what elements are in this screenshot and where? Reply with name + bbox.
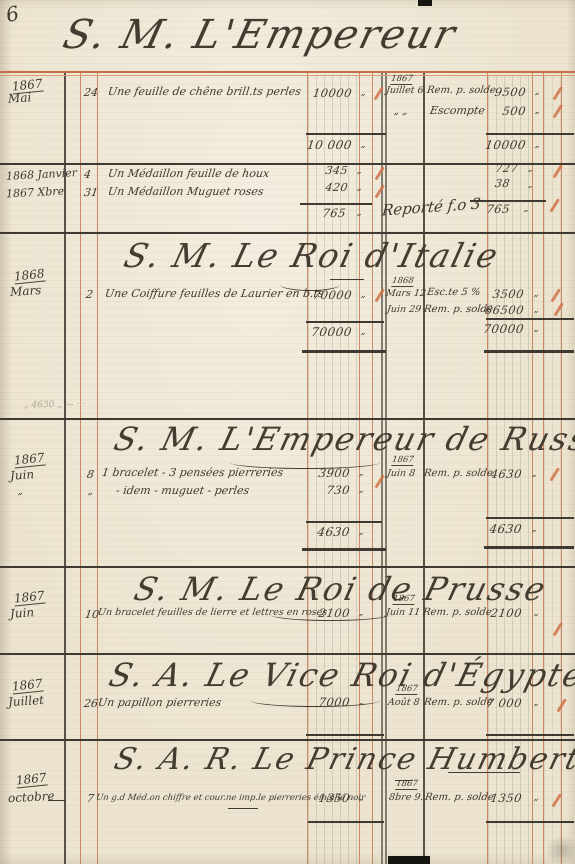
section-divider <box>0 566 575 568</box>
entry-amount: 10000 <box>299 86 353 100</box>
entry-day-ditto: „ <box>87 486 94 497</box>
entry-amount: 345 <box>299 164 349 177</box>
total-amount: 4630 <box>473 522 523 536</box>
payment-year: 1867 <box>391 455 414 466</box>
payment-year: 1867 <box>395 684 418 695</box>
payment-amount: 1350 <box>473 791 523 805</box>
section-title-russie: S. M. L'Empereur de Russie <box>110 420 499 458</box>
entry-month: Juin <box>10 605 35 621</box>
entry-day: 4 <box>83 168 92 181</box>
section-title-egypte: S. A. Le Vice Roi d'Égypte <box>105 656 514 694</box>
payment-cents: „ <box>531 469 537 479</box>
nil-dash <box>330 279 364 280</box>
subtotal-amount: 765 <box>461 202 511 216</box>
entry-amount: 730 <box>299 483 351 497</box>
entry-cents: „ <box>358 468 364 478</box>
payment-cents: „ <box>533 608 539 618</box>
payment-amount: 3500 <box>475 287 525 301</box>
entry-cents: „ <box>358 697 364 707</box>
entry-day: 24 <box>83 86 99 99</box>
section-divider <box>0 232 575 234</box>
subtotal-cents: „ <box>523 204 529 214</box>
payment-amount: 9500 <box>477 85 527 99</box>
entry-date: 1868 Janvier <box>6 166 78 183</box>
payment-date: Juin 29 <box>386 304 422 315</box>
title-trailing-stroke <box>448 772 520 773</box>
total-rule <box>306 521 382 523</box>
entry-desc: 1 bracelet - 3 pensées pierreries <box>101 466 284 479</box>
entry-month: Mai <box>8 90 32 106</box>
check-mark <box>374 166 384 180</box>
photo-edge-notch <box>418 0 432 6</box>
section-title-prusse: S. M. Le Roi de Prusse <box>130 570 499 608</box>
entry-desc: Un Médaillon Muguet roses <box>107 185 264 198</box>
total-cents: „ <box>534 140 540 150</box>
closing-rule <box>302 350 386 353</box>
subtotal-amount: 765 <box>297 206 347 220</box>
entry-amount: 420 <box>299 181 349 194</box>
entry-desc: Un bracelet feuilles de lierre et lettre… <box>97 607 328 618</box>
total-rule <box>486 821 574 823</box>
total-rule <box>308 821 384 823</box>
payment-cents: „ <box>534 106 540 116</box>
payment-date: Mars 12 <box>385 288 426 299</box>
closing-rule <box>484 546 574 549</box>
entry-cents: „ <box>360 290 366 300</box>
payment-date: Août 8 <box>387 697 420 708</box>
total-cents: „ <box>358 527 364 537</box>
date-trailing-stroke <box>48 800 66 801</box>
total-rule <box>486 517 574 519</box>
column-rule-dark <box>64 71 66 864</box>
section-divider <box>0 653 575 655</box>
section-title-empereur: S. M. L'Empereur <box>54 12 465 58</box>
entry-month: Juillet <box>8 693 45 709</box>
entry-day: 2 <box>85 288 94 301</box>
closing-rule <box>484 350 574 353</box>
payment-cents: „ <box>533 793 539 803</box>
payment-amount: 7 000 <box>473 696 523 710</box>
payment-date: Juin 11 <box>385 607 421 618</box>
entry-month: octobre <box>8 789 55 805</box>
photo-edge-notch <box>388 856 430 864</box>
header-rule-orange-thin <box>0 75 575 76</box>
carried-cents: „ <box>527 180 533 190</box>
entry-year: 1867 <box>13 450 45 468</box>
entry-year: 1867 <box>11 676 43 694</box>
entry-amount: 3900 <box>299 466 351 480</box>
payment-year: 1867 <box>392 594 415 605</box>
payment-cents: „ <box>533 289 539 299</box>
section-title-humbert: S. A. R. Le Prince Humbert <box>111 742 490 777</box>
column-rule-orange <box>80 71 81 864</box>
payment-date: 8bre 9. <box>388 792 424 803</box>
payment-date: Juillet 6 <box>385 85 424 96</box>
payment-year: 1868 <box>391 276 414 287</box>
pencil-annotation: „ 4630 „ — · · <box>24 399 85 410</box>
entry-cents: „ <box>356 166 362 176</box>
payment-amount: 500 <box>477 104 527 118</box>
total-amount: 4630 <box>297 525 351 539</box>
entry-month-ditto: „ <box>17 486 24 497</box>
entry-month: Juin <box>10 467 35 483</box>
check-mark <box>374 474 384 488</box>
total-rule <box>300 203 372 205</box>
total-amount: 10000 <box>477 138 527 152</box>
total-cents: „ <box>360 327 366 337</box>
entry-month: Mars <box>10 283 42 299</box>
entry-desc: Un Médaillon feuille de houx <box>107 167 270 180</box>
entry-amount: 70000 <box>297 288 353 302</box>
payment-year: 1867 <box>395 779 418 790</box>
section-title-italie: S. M. Le Roi d'Italie <box>120 236 490 275</box>
entry-desc: Un papillon pierreries <box>97 696 222 709</box>
entry-year: 1867 <box>13 588 45 606</box>
total-cents: „ <box>531 524 537 534</box>
entry-day: 8 <box>86 468 95 481</box>
paper-smudge <box>545 835 575 864</box>
entry-cents: „ <box>358 608 364 618</box>
closing-rule <box>302 548 386 551</box>
entry-amount: 2100 <box>299 606 351 620</box>
section-divider <box>0 739 575 741</box>
total-rule <box>306 734 384 736</box>
payment-cents: „ <box>533 305 539 315</box>
carried-amount: 38 <box>461 177 511 190</box>
total-amount: 10 000 <box>299 138 353 152</box>
total-rule <box>306 321 384 323</box>
entry-cents: „ <box>360 88 366 98</box>
payment-amount: 4630 <box>473 467 523 481</box>
entry-desc: Une feuille de chêne brill.ts perles <box>107 85 302 98</box>
ledger-page: 6 S. M. L'Empereur 1867 Mai 24 Une feuil… <box>0 0 575 864</box>
total-rule <box>306 133 386 135</box>
total-cents: „ <box>360 140 366 150</box>
check-mark <box>374 288 384 302</box>
payment-year: 1867 <box>390 74 413 85</box>
total-cents: „ <box>533 324 539 334</box>
entry-cents: „ <box>356 183 362 193</box>
entry-date: 1867 Xbre <box>6 184 65 200</box>
entry-cents: „ <box>358 793 364 803</box>
payment-cents: „ <box>533 698 539 708</box>
total-rule <box>486 133 574 135</box>
entry-day: 31 <box>83 186 99 199</box>
header-rule-orange <box>0 71 575 73</box>
subtotal-cents: „ <box>356 208 362 218</box>
total-rule <box>486 318 574 320</box>
payment-amount: 66500 <box>471 303 525 317</box>
total-rule <box>486 734 574 736</box>
entry-desc: - idem - muguet - perles <box>115 484 250 497</box>
entry-desc: Une Coiffure feuilles de Laurier en b.ts <box>104 287 324 300</box>
total-amount: 70000 <box>471 322 525 336</box>
page-number: 6 <box>4 1 21 27</box>
carried-cents: „ <box>527 164 533 174</box>
payment-desc: Esc.te 5 % <box>426 287 481 298</box>
entry-year: 1868 <box>13 266 45 284</box>
total-amount: 70000 <box>295 325 353 339</box>
check-mark <box>374 184 384 198</box>
entry-cents: „ <box>358 485 364 495</box>
payment-cents: „ <box>534 87 540 97</box>
payment-amount: 2100 <box>473 606 523 620</box>
entry-day: 7 <box>86 792 95 805</box>
desc-underline <box>228 808 258 809</box>
payment-date: Juin 8 <box>386 468 416 479</box>
entry-amount: 7000 <box>299 695 351 709</box>
carried-amount: 727 <box>469 162 519 175</box>
payment-ditto: „ „ <box>393 106 408 117</box>
entry-year: 1867 <box>15 770 47 788</box>
entry-amount: 1350 <box>299 791 351 805</box>
